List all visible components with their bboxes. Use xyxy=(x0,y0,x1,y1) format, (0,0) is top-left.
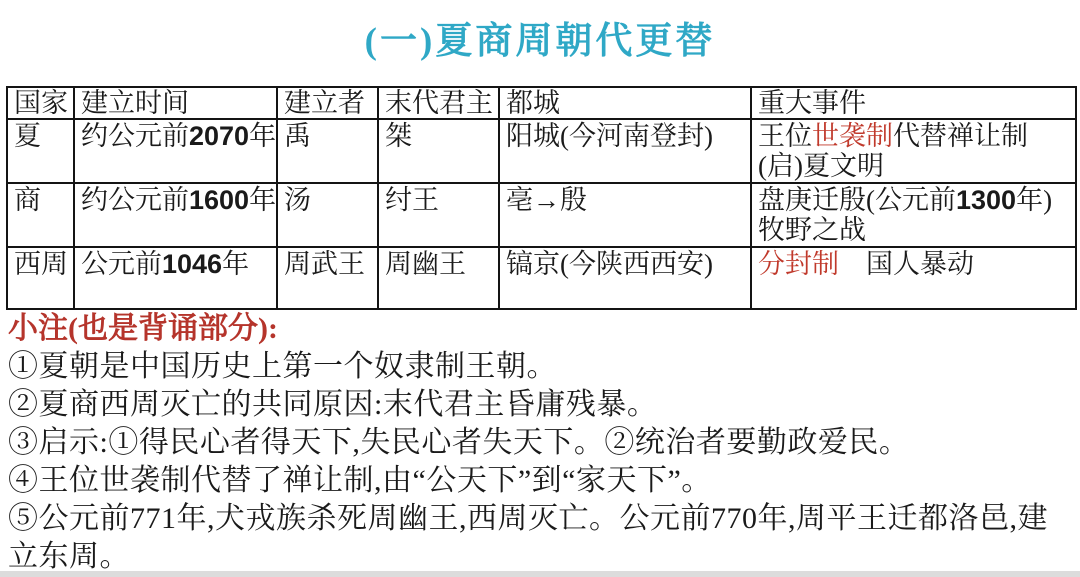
table-row: 夏 约公元前2070年 禹 桀 阳城(今河南登封) 王位世袭制代替禅让制 (启)… xyxy=(7,119,1076,183)
table-header-row: 国家 建立时间 建立者 末代君主 都城 重大事件 xyxy=(7,87,1076,119)
header-major-events: 重大事件 xyxy=(751,87,1076,119)
time-number: 2070 xyxy=(189,121,249,151)
cell-last-ruler: 纣王 xyxy=(378,183,499,247)
notes-section: 小注(也是背诵部分): ①夏朝是中国历史上第一个奴隶制王朝。 ②夏商西周灭亡的共… xyxy=(8,310,1074,576)
event-line2: (启)夏文明 xyxy=(758,151,1069,181)
event-text: 盘庚迁殷(公元前 xyxy=(758,185,956,215)
page-title: (一)夏商周朝代更替 xyxy=(0,10,1080,64)
event-text: 年) xyxy=(1016,185,1052,215)
table-row: 西周 公元前1046年 周武王 周幽王 镐京(今陕西西安) 分封制 国人暴动 xyxy=(7,247,1076,309)
cell-country: 西周 xyxy=(7,247,74,309)
note-item-3: ③启示:①得民心者得天下,失民心者失天下。②统治者要勤政爱民。 xyxy=(8,424,1074,462)
header-last-ruler: 末代君主 xyxy=(378,87,499,119)
cell-major-events: 王位世袭制代替禅让制 (启)夏文明 xyxy=(751,119,1076,183)
note-item-4: ④王位世袭制代替了禅让制,由“公天下”到“家天下”。 xyxy=(8,462,1074,500)
event-text: 国人暴动 xyxy=(839,249,974,279)
cell-founder: 周武王 xyxy=(277,247,378,309)
dynasty-table: 国家 建立时间 建立者 末代君主 都城 重大事件 夏 约公元前2070年 禹 桀… xyxy=(6,86,1077,310)
cell-founding-time: 公元前1046年 xyxy=(74,247,277,309)
cell-founding-time: 约公元前2070年 xyxy=(74,119,277,183)
note-item-5: ⑤公元前771年,犬戎族杀死周幽王,西周灭亡。公元前770年,周平王迁都洛邑,建… xyxy=(8,500,1074,576)
note-item-2: ②夏商西周灭亡的共同原因:末代君主昏庸残暴。 xyxy=(8,386,1074,424)
notes-heading: 小注(也是背诵部分): xyxy=(8,310,1074,348)
cell-major-events: 盘庚迁殷(公元前1300年) 牧野之战 xyxy=(751,183,1076,247)
time-number: 1600 xyxy=(189,185,249,215)
time-text: 约公元前 xyxy=(81,121,189,151)
page-bottom-edge xyxy=(0,571,1080,577)
header-capital: 都城 xyxy=(499,87,751,119)
header-country: 国家 xyxy=(7,87,74,119)
table-row: 商 约公元前1600年 汤 纣王 亳→殷 盘庚迁殷(公元前1300年) 牧野之战 xyxy=(7,183,1076,247)
note-item-1: ①夏朝是中国历史上第一个奴隶制王朝。 xyxy=(8,348,1074,386)
time-suffix: 年 xyxy=(249,121,276,151)
time-text: 公元前 xyxy=(81,249,162,279)
cell-founder: 禹 xyxy=(277,119,378,183)
cell-capital: 阳城(今河南登封) xyxy=(499,119,751,183)
cell-capital: 亳→殷 xyxy=(499,183,751,247)
header-founding-time: 建立时间 xyxy=(74,87,277,119)
event-text: 代替禅让制 xyxy=(893,121,1028,151)
event-line1: 分封制 国人暴动 xyxy=(758,249,1069,279)
cell-country: 夏 xyxy=(7,119,74,183)
cell-major-events: 分封制 国人暴动 xyxy=(751,247,1076,309)
time-suffix: 年 xyxy=(249,185,276,215)
event-highlight: 分封制 xyxy=(758,249,839,279)
cell-founder: 汤 xyxy=(277,183,378,247)
cell-capital: 镐京(今陕西西安) xyxy=(499,247,751,309)
cell-founding-time: 约公元前1600年 xyxy=(74,183,277,247)
event-line2: 牧野之战 xyxy=(758,215,1069,245)
event-number: 1300 xyxy=(956,185,1016,215)
cell-last-ruler: 周幽王 xyxy=(378,247,499,309)
cell-country: 商 xyxy=(7,183,74,247)
event-highlight: 世袭制 xyxy=(812,121,893,151)
time-text: 约公元前 xyxy=(81,185,189,215)
header-founder: 建立者 xyxy=(277,87,378,119)
event-line1: 王位世袭制代替禅让制 xyxy=(758,121,1069,151)
time-number: 1046 xyxy=(162,249,222,279)
cell-last-ruler: 桀 xyxy=(378,119,499,183)
time-suffix: 年 xyxy=(222,249,249,279)
event-line1: 盘庚迁殷(公元前1300年) xyxy=(758,185,1069,215)
event-text: 王位 xyxy=(758,121,812,151)
